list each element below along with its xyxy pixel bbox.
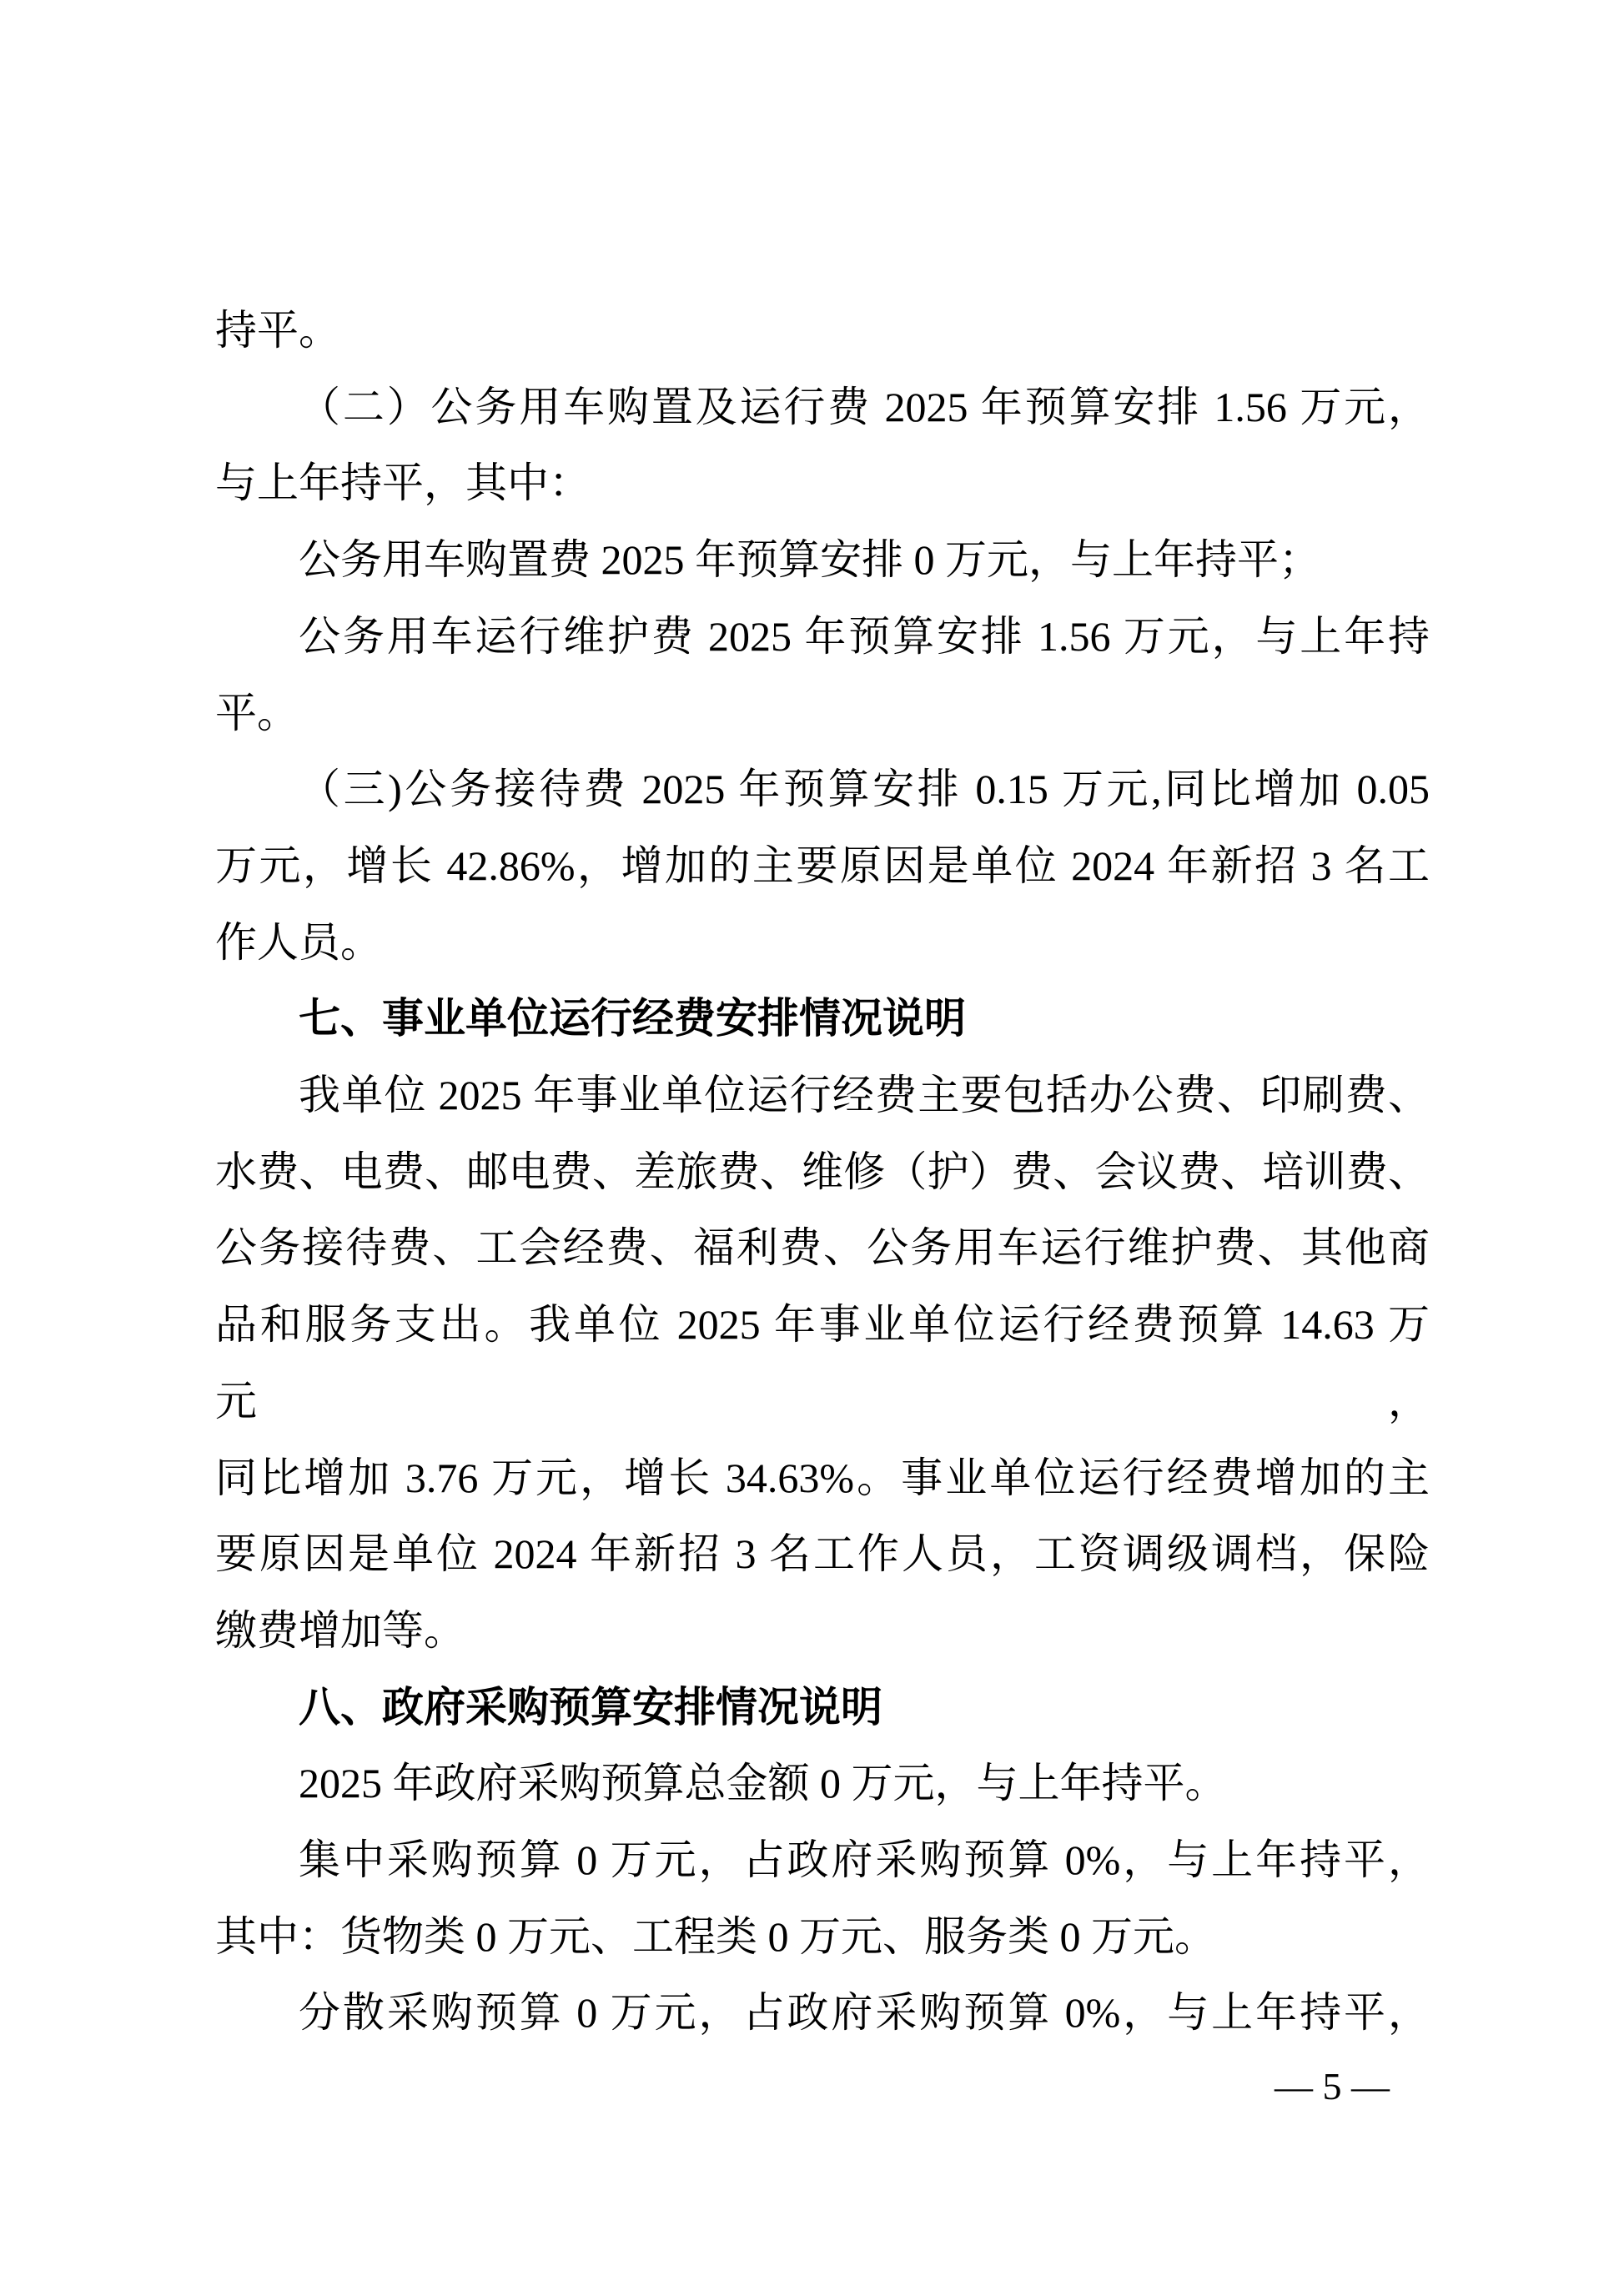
text-line: 要原因是单位 2024 年新招 3 名工作人员，工资调级调档，保险 — [215, 1516, 1430, 1593]
text-line: 我单位 2025 年事业单位运行经费主要包括办公费、印刷费、 — [215, 1058, 1430, 1134]
text-line: 2025 年政府采购预算总金额 0 万元，与上年持平。 — [215, 1746, 1430, 1822]
text-line: 水费、电费、邮电费、差旅费、维修（护）费、会议费、培训费、 — [215, 1134, 1430, 1211]
section-heading: 七、事业单位运行经费安排情况说明 — [215, 981, 1430, 1058]
text-line: 集中采购预算 0 万元，占政府采购预算 0%，与上年持平， — [215, 1822, 1430, 1899]
text-line: 平。 — [215, 676, 1430, 752]
text-line: 公务用车购置费 2025 年预算安排 0 万元，与上年持平； — [215, 522, 1430, 599]
text-line: 公务用车运行维护费 2025 年预算安排 1.56 万元，与上年持 — [215, 599, 1430, 676]
text-line: 品和服务支出。我单位 2025 年事业单位运行经费预算 14.63 万元， — [215, 1287, 1430, 1439]
text-line: （三)公务接待费 2025 年预算安排 0.15 万元,同比增加 0.05 — [215, 751, 1430, 828]
text-line: 其中：货物类 0 万元、工程类 0 万元、服务类 0 万元。 — [215, 1899, 1430, 1976]
text-line: 万元，增长 42.86%，增加的主要原因是单位 2024 年新招 3 名工 — [215, 828, 1430, 905]
text-line: 缴费增加等。 — [215, 1593, 1430, 1670]
text-line: 作人员。 — [215, 905, 1430, 982]
document-text-block: 持平。 （二）公务用车购置及运行费 2025 年预算安排 1.56 万元， 与上… — [215, 293, 1430, 2052]
text-line: 公务接待费、工会经费、福利费、公务用车运行维护费、其他商 — [215, 1210, 1430, 1287]
text-line: 同比增加 3.76 万元，增长 34.63%。事业单位运行经费增加的主 — [215, 1440, 1430, 1517]
text-line: 持平。 — [215, 293, 1430, 369]
section-heading: 八、政府采购预算安排情况说明 — [215, 1670, 1430, 1746]
document-page: 持平。 （二）公务用车购置及运行费 2025 年预算安排 1.56 万元， 与上… — [0, 0, 1624, 2296]
text-line: 与上年持平，其中： — [215, 445, 1430, 522]
text-line: 分散采购预算 0 万元，占政府采购预算 0%，与上年持平， — [215, 1975, 1430, 2052]
page-number: — 5 — — [1275, 2066, 1441, 2108]
text-line: （二）公务用车购置及运行费 2025 年预算安排 1.56 万元， — [215, 369, 1430, 446]
